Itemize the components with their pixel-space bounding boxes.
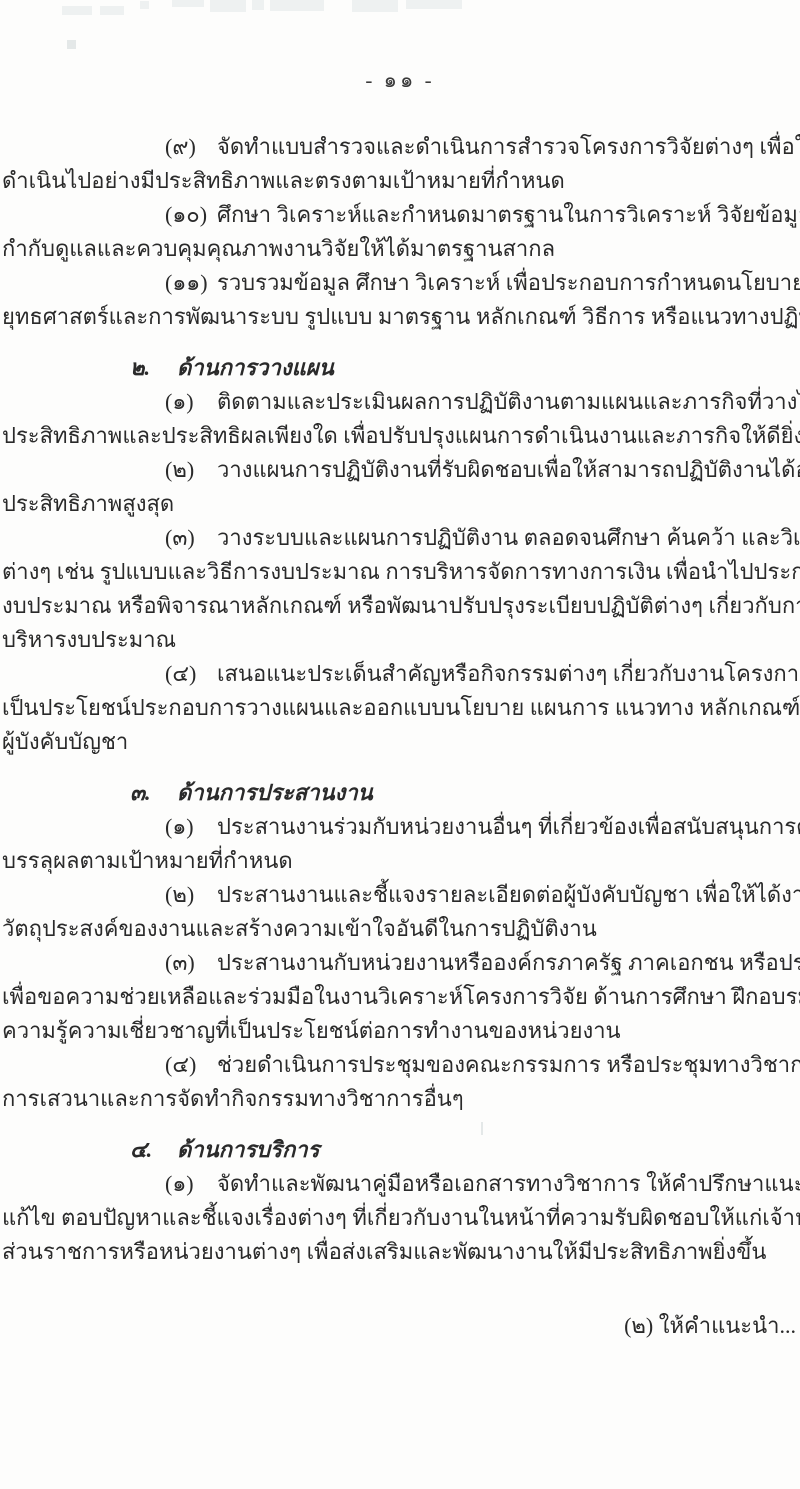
scan-artifact	[252, 0, 264, 10]
text-line: (๔)ช่วยดำเนินการประชุมของคณะกรรมการ หรือ…	[2, 1048, 800, 1082]
text-line: บรรลุผลตามเป้าหมายที่กำหนด	[2, 844, 800, 878]
text-line: ส่วนราชการหรือหน่วยงานต่างๆ เพื่อส่งเสริ…	[2, 1235, 800, 1269]
document-body: (๙)จัดทำแบบสำรวจและดำเนินการสำรวจโครงการ…	[0, 130, 800, 1343]
item-number: (๑)	[165, 385, 217, 419]
text-line: (๑)ติดตามและประเมินผลการปฏิบัติงานตามแผน…	[2, 385, 800, 419]
text-line: (๑)ประสานงานร่วมกับหน่วยงานอื่นๆ ที่เกี่…	[2, 810, 800, 844]
text-line: วัตถุประสงค์ของงานและสร้างความเข้าใจอันด…	[2, 912, 800, 946]
scan-artifact	[210, 0, 246, 12]
section-number: ๒.	[130, 350, 177, 385]
line-text: กำกับดูแลและควบคุมคุณภาพงานวิจัยให้ได้มา…	[2, 236, 555, 261]
item-number: (๔)	[165, 657, 217, 691]
line-text: ศึกษา วิเคราะห์และกำหนดมาตรฐานในการวิเคร…	[217, 202, 800, 227]
item-number: (๒)	[165, 878, 217, 912]
line-text: จัดทำและพัฒนาคู่มือหรือเอกสารทางวิชาการ …	[217, 1171, 800, 1196]
line-text: ประสิทธิภาพสูงสุด	[2, 491, 174, 516]
line-text: วางแผนการปฏิบัติงานที่รับผิดชอบเพื่อให้ส…	[217, 457, 800, 482]
line-text: จัดทำแบบสำรวจและดำเนินการสำรวจโครงการวิจ…	[217, 134, 800, 159]
text-line: ประสิทธิภาพสูงสุด	[2, 487, 800, 521]
catchword: (๒) ให้คำแนะนำ...	[2, 1309, 800, 1343]
item-number: (๑)	[165, 810, 217, 844]
text-line: (๒)ประสานงานและชี้แจงรายละเอียดต่อผู้บัง…	[2, 878, 800, 912]
text-line: ประสิทธิภาพและประสิทธิผลเพียงใด เพื่อปรั…	[2, 419, 800, 453]
line-text: วางระบบและแผนการปฏิบัติงาน ตลอดจนศึกษา ค…	[217, 525, 800, 550]
line-text: ประสานงานร่วมกับหน่วยงานอื่นๆ ที่เกี่ยวข…	[217, 814, 800, 839]
section-number: ๓.	[130, 775, 177, 810]
line-text: เพื่อขอความช่วยเหลือและร่วมมือในงานวิเคร…	[2, 984, 800, 1009]
text-line: งบประมาณ หรือพิจารณาหลักเกณฑ์ หรือพัฒนาป…	[2, 589, 800, 623]
text-line: แก้ไข ตอบปัญหาและชี้แจงเรื่องต่างๆ ที่เก…	[2, 1201, 800, 1235]
line-text: รวบรวมข้อมูล ศึกษา วิเคราะห์ เพื่อประกอบ…	[217, 270, 800, 295]
line-text: ประสิทธิภาพและประสิทธิผลเพียงใด เพื่อปรั…	[2, 423, 800, 448]
scan-artifact	[172, 0, 204, 7]
line-text: งบประมาณ หรือพิจารณาหลักเกณฑ์ หรือพัฒนาป…	[2, 593, 800, 618]
line-text: ความรู้ความเชี่ยวชาญที่เป็นประโยชน์ต่อกา…	[2, 1018, 621, 1043]
section-number: ๔.	[130, 1132, 177, 1167]
line-text: การเสวนาและการจัดทำกิจกรรมทางวิชาการอื่น…	[2, 1086, 464, 1111]
item-number: (๑๑)	[165, 266, 217, 300]
item-number: (๑๐)	[165, 198, 217, 232]
item-number: (๓)	[165, 521, 217, 555]
scan-artifact	[270, 0, 324, 11]
text-line: (๙)จัดทำแบบสำรวจและดำเนินการสำรวจโครงการ…	[2, 130, 800, 164]
line-text: ติดตามและประเมินผลการปฏิบัติงานตามแผนและ…	[217, 389, 800, 414]
text-line: ต่างๆ เช่น รูปแบบและวิธีการงบประมาณ การบ…	[2, 555, 800, 589]
section-title: ด้านการวางแผน	[177, 355, 334, 380]
text-line: (๑)จัดทำและพัฒนาคู่มือหรือเอกสารทางวิชาก…	[2, 1167, 800, 1201]
section-heading-coordination: ๓.ด้านการประสานงาน	[2, 775, 800, 810]
line-text: เป็นประโยชน์ประกอบการวางแผนและออกแบบนโยบ…	[2, 695, 800, 720]
item-number: (๒)	[165, 453, 217, 487]
line-text: ยุทธศาสตร์และการพัฒนาระบบ รูปแบบ มาตรฐาน…	[2, 304, 800, 329]
text-line: ดำเนินไปอย่างมีประสิทธิภาพและตรงตามเป้าห…	[2, 164, 800, 198]
line-text: ดำเนินไปอย่างมีประสิทธิภาพและตรงตามเป้าห…	[2, 168, 565, 193]
text-line: ความรู้ความเชี่ยวชาญที่เป็นประโยชน์ต่อกา…	[2, 1014, 800, 1048]
text-line: (๑๐)ศึกษา วิเคราะห์และกำหนดมาตรฐานในการว…	[2, 198, 800, 232]
line-text: ประสานงานและชี้แจงรายละเอียดต่อผู้บังคับ…	[217, 882, 800, 907]
scan-artifact	[62, 6, 92, 15]
section-title: ด้านการประสานงาน	[177, 780, 373, 805]
line-text: ประสานงานกับหน่วยงานหรือองค์กรภาครัฐ ภาค…	[217, 950, 800, 975]
line-text: ช่วยดำเนินการประชุมของคณะกรรมการ หรือประ…	[217, 1052, 800, 1077]
page-number: - ๑๑ -	[0, 64, 800, 97]
section-heading-service: ๔.ด้านการบริการ	[2, 1132, 800, 1167]
text-line: ยุทธศาสตร์และการพัฒนาระบบ รูปแบบ มาตรฐาน…	[2, 300, 800, 334]
scan-artifact	[100, 6, 124, 15]
item-number: (๓)	[165, 946, 217, 980]
line-text: เสนอแนะประเด็นสำคัญหรือกิจกรรมต่างๆ เกี่…	[217, 661, 800, 686]
scan-artifact	[140, 1, 149, 9]
item-number: (๔)	[165, 1048, 217, 1082]
line-text: ต่างๆ เช่น รูปแบบและวิธีการงบประมาณ การบ…	[2, 559, 800, 584]
text-line: (๓)ประสานงานกับหน่วยงานหรือองค์กรภาครัฐ …	[2, 946, 800, 980]
line-text: ผู้บังคับบัญชา	[2, 729, 128, 754]
line-text: บริหารงบประมาณ	[2, 627, 176, 652]
text-line: เพื่อขอความช่วยเหลือและร่วมมือในงานวิเคร…	[2, 980, 800, 1014]
scan-artifact	[67, 40, 76, 49]
line-text: บรรลุผลตามเป้าหมายที่กำหนด	[2, 848, 293, 873]
scan-artifact	[352, 0, 398, 12]
text-line: (๔)เสนอแนะประเด็นสำคัญหรือกิจกรรมต่างๆ เ…	[2, 657, 800, 691]
section-title: ด้านการบริการ	[177, 1137, 319, 1162]
item-number: (๑)	[165, 1167, 217, 1201]
text-line: กำกับดูแลและควบคุมคุณภาพงานวิจัยให้ได้มา…	[2, 232, 800, 266]
line-text: วัตถุประสงค์ของงานและสร้างความเข้าใจอันด…	[2, 916, 597, 941]
text-line: (๒)วางแผนการปฏิบัติงานที่รับผิดชอบเพื่อใ…	[2, 453, 800, 487]
line-text: แก้ไข ตอบปัญหาและชี้แจงเรื่องต่างๆ ที่เก…	[2, 1205, 800, 1230]
scan-artifact	[406, 0, 462, 9]
text-line: การเสวนาและการจัดทำกิจกรรมทางวิชาการอื่น…	[2, 1082, 800, 1116]
text-line: เป็นประโยชน์ประกอบการวางแผนและออกแบบนโยบ…	[2, 691, 800, 725]
text-line: (๓)วางระบบและแผนการปฏิบัติงาน ตลอดจนศึกษ…	[2, 521, 800, 555]
line-text: ส่วนราชการหรือหน่วยงานต่างๆ เพื่อส่งเสริ…	[2, 1239, 766, 1264]
text-line: บริหารงบประมาณ	[2, 623, 800, 657]
section-heading-planning: ๒.ด้านการวางแผน	[2, 350, 800, 385]
document-page: - ๑๑ - (๙)จัดทำแบบสำรวจและดำเนินการสำรวจ…	[0, 0, 800, 1489]
text-line: (๑๑)รวบรวมข้อมูล ศึกษา วิเคราะห์ เพื่อปร…	[2, 266, 800, 300]
item-number: (๙)	[165, 130, 217, 164]
text-line: ผู้บังคับบัญชา	[2, 725, 800, 759]
